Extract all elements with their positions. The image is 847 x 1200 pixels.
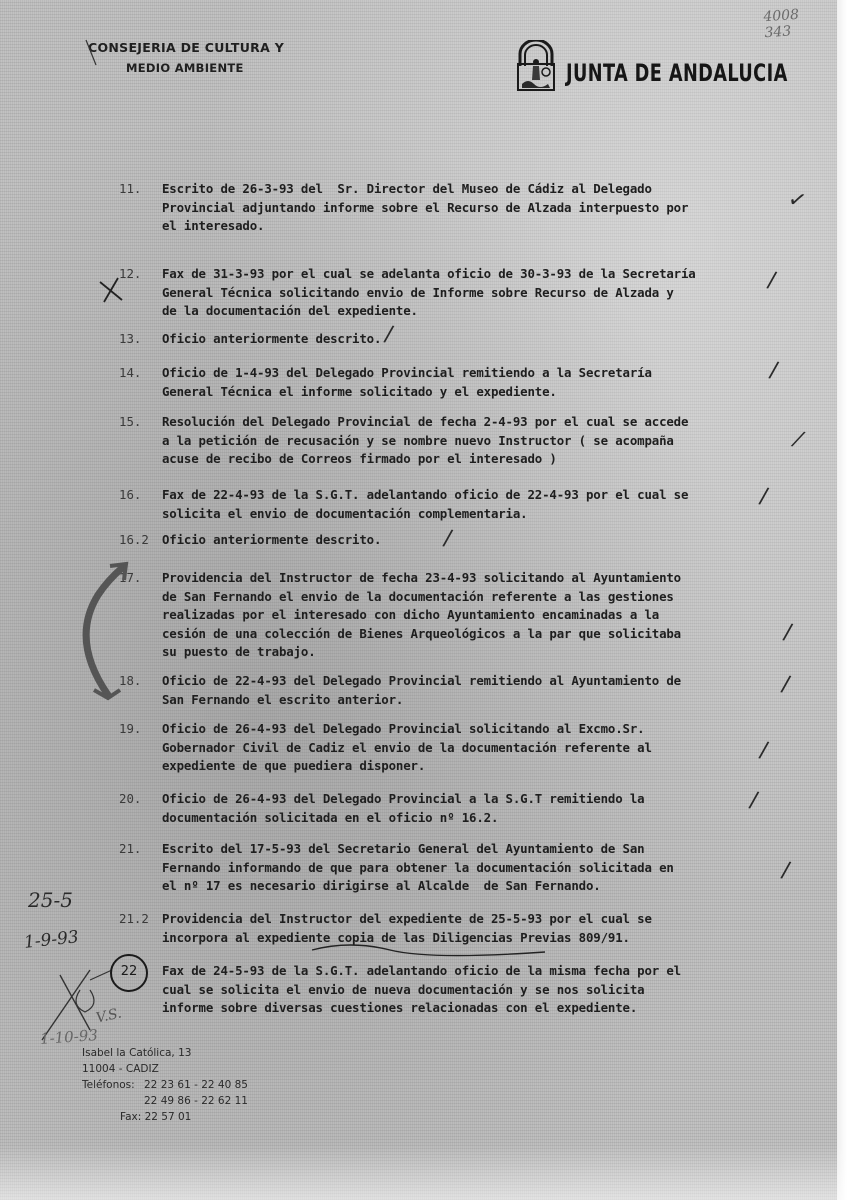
department-line-2: MEDIO AMBIENTE: [88, 58, 284, 78]
phones-line-1: 22 23 61 - 22 40 85: [144, 1079, 248, 1091]
entry-number: 17.: [119, 569, 141, 588]
address-fax: Fax: 22 57 01: [82, 1109, 248, 1125]
phones-line-2: 22 49 86 - 22 62 11: [82, 1093, 248, 1109]
junta-logo: JUNTA DE ANDALUCIA: [516, 40, 836, 92]
entry-number: 19.: [119, 720, 141, 739]
entry-text: Oficio de 26-4-93 del Delegado Provincia…: [162, 790, 772, 827]
entry-text: Providencia del Instructor de fecha 23-4…: [162, 569, 772, 662]
page-bottom-fade: [0, 1145, 847, 1200]
scanned-page: CONSEJERIA DE CULTURA Y MEDIO AMBIENTE J…: [0, 0, 847, 1200]
address-street: Isabel la Católica, 13: [82, 1045, 248, 1061]
institution-name: JUNTA DE ANDALUCIA: [566, 59, 788, 87]
handwritten-corner-note: 4008 343: [763, 7, 801, 41]
department-line-1: CONSEJERIA DE CULTURA Y: [88, 38, 284, 58]
entry-text: Oficio de 26-4-93 del Delegado Provincia…: [162, 720, 772, 776]
entry-text: Oficio de 22-4-93 del Delegado Provincia…: [162, 672, 772, 709]
footer-address: Isabel la Católica, 13 11004 - CADIZ Tel…: [82, 1045, 248, 1125]
address-phones: Teléfonos:22 23 61 - 22 40 85: [82, 1077, 248, 1093]
entry-number: 16.2: [119, 531, 149, 550]
entry-text: Resolución del Delegado Provincial de fe…: [162, 413, 772, 469]
checkmark-icon: /: [779, 672, 791, 698]
handwritten-date-note: 1-9-93: [23, 927, 80, 953]
fax-label: Fax:: [120, 1111, 141, 1123]
entry-number: 21.: [119, 840, 141, 859]
junta-andalucia-emblem-icon: [516, 40, 556, 92]
entry-number: 11.: [119, 180, 141, 199]
entry-number: 20.: [119, 790, 141, 809]
entry-number: 14.: [119, 364, 141, 383]
checkmark-icon: ⁄: [793, 428, 802, 453]
entry-text: Fax de 31-3-93 por el cual se adelanta o…: [162, 265, 772, 321]
phones-label: Teléfonos:: [82, 1077, 144, 1093]
entry-text: Fax de 24-5-93 de la S.G.T. adelantando …: [162, 962, 772, 1018]
entry-text: Escrito del 17-5-93 del Secretario Gener…: [162, 840, 772, 896]
entry-number: 13.: [119, 330, 141, 349]
entry-number: 12.: [119, 265, 141, 284]
page-edge: [837, 0, 847, 1200]
checkmark-icon: /: [779, 858, 791, 884]
entry-number: 15.: [119, 413, 141, 432]
entry-text: Escrito de 26-3-93 del Sr. Director del …: [162, 180, 772, 236]
entry-number: 16.: [119, 486, 141, 505]
entry-text: Oficio anteriormente descrito.: [162, 531, 772, 550]
entry-text: Oficio anteriormente descrito.: [162, 330, 772, 349]
entry-text: Providencia del Instructor del expedient…: [162, 910, 772, 947]
checkmark-icon: /: [767, 358, 779, 384]
checkmark-icon: ✓: [786, 186, 809, 214]
entry-text: Fax de 22-4-93 de la S.G.T. adelantando …: [162, 486, 772, 523]
address-postal: 11004 - CADIZ: [82, 1061, 248, 1077]
handwritten-initials: V.S.: [95, 1006, 123, 1027]
checkmark-icon: /: [781, 620, 793, 646]
entry-text: Oficio de 1-4-93 del Delegado Provincial…: [162, 364, 772, 401]
entry-number: 18.: [119, 672, 141, 691]
circled-entry-number: 22: [110, 954, 148, 992]
fax-number: 22 57 01: [145, 1111, 192, 1123]
entry-number: 21.2: [119, 910, 149, 929]
handwritten-date-note: 25-5: [28, 888, 73, 912]
department-header: CONSEJERIA DE CULTURA Y MEDIO AMBIENTE: [88, 38, 284, 78]
